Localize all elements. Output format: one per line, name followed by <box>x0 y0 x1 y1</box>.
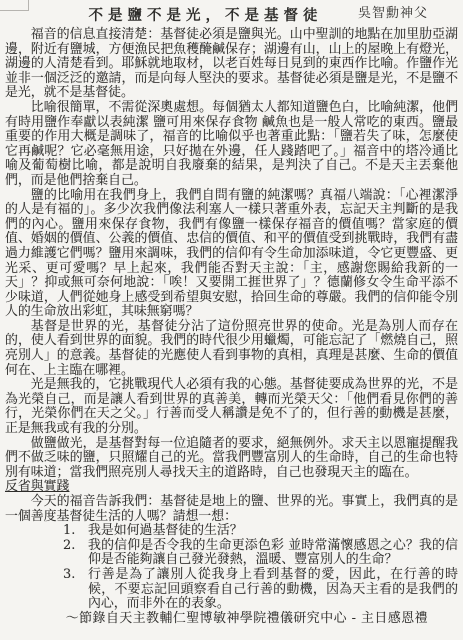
paragraph-selfless-light: 光是無我的，它挑戰現代人必須有我的心態。基督徒要成為世界的光，不是為光榮自己，而… <box>5 378 458 436</box>
list-item-number: 2. <box>63 539 88 568</box>
list-item-number: 3. <box>63 568 88 612</box>
list-item: 2. 我的信仰是否令我的生命更添色彩 並時常滿懷感恩之心？我的信仰是否能夠讓自己… <box>5 539 458 568</box>
author-name: 吳智勳神父 <box>358 7 428 22</box>
list-item: 1. 我是如何過基督徒的生活？ <box>5 524 458 539</box>
list-item-text: 行善是為了讓別人從我身上看到基督的愛，因此，在行善的時候，不要忘記回頭察看自己行… <box>88 568 458 612</box>
paragraph-salt-applied: 鹽的比喻用在我們身上，我們自問有鹽的純潔嗎？真福八端說：「心裡潔淨的人是有福的」… <box>5 189 458 320</box>
paragraph-be-salt-and-light: 做鹽做光，是基督對每一位追隨者的要求，絕無例外。求天主以恩寵提醒我們不做乏味的鹽… <box>5 437 458 481</box>
reflection-question-list: 1. 我是如何過基督徒的生活？ 2. 我的信仰是否令我的生命更添色彩 並時常滿懷… <box>5 524 458 612</box>
page-title: 不是鹽不是光，不是基督徒 <box>89 6 323 25</box>
document-page: 不是鹽不是光，不是基督徒 吳智勳神父 福音的信息直接清楚：基督徒必須是鹽與光。山… <box>0 0 463 640</box>
list-item-text: 我的信仰是否令我的生命更添色彩 並時常滿懷感恩之心？我的信仰是否能夠讓自己發光發… <box>88 539 458 568</box>
title-row: 不是鹽不是光，不是基督徒 吳智勳神父 <box>5 6 458 25</box>
paragraph-gospel-message: 福音的信息直接清楚：基督徒必須是鹽與光。山中聖訓的地點在加里肋亞湖邊，附近有鹽城… <box>5 28 458 101</box>
footer-attribution: ～節錄自天主教輔仁聖博敏神學院禮儀研究中心 - 主日感恩禮 <box>5 612 458 627</box>
paragraph-salt-parable: 比喻很簡單，不需從深奧處想。每個猶太人都知道鹽色白，比喻純潔，他們有時用鹽作奉獻… <box>5 101 458 189</box>
list-item-text: 我是如何過基督徒的生活？ <box>88 524 458 539</box>
paragraph-light-of-world: 基督是世界的光，基督徒分沾了這份照亮世界的使命。光是為別人而存在的，使人看到世界… <box>5 320 458 378</box>
list-item: 3. 行善是為了讓別人從我身上看到基督的愛，因此，在行善的時候，不要忘記回頭察看… <box>5 568 458 612</box>
paragraph-reflection-intro: 今天的福音告訴我們：基督徒是地上的鹽、世界的光。事實上，我們真的是一個善度基督徒… <box>5 495 458 524</box>
section-heading-reflection-practice: 反省與實踐 <box>5 480 458 495</box>
list-item-number: 1. <box>63 524 88 539</box>
